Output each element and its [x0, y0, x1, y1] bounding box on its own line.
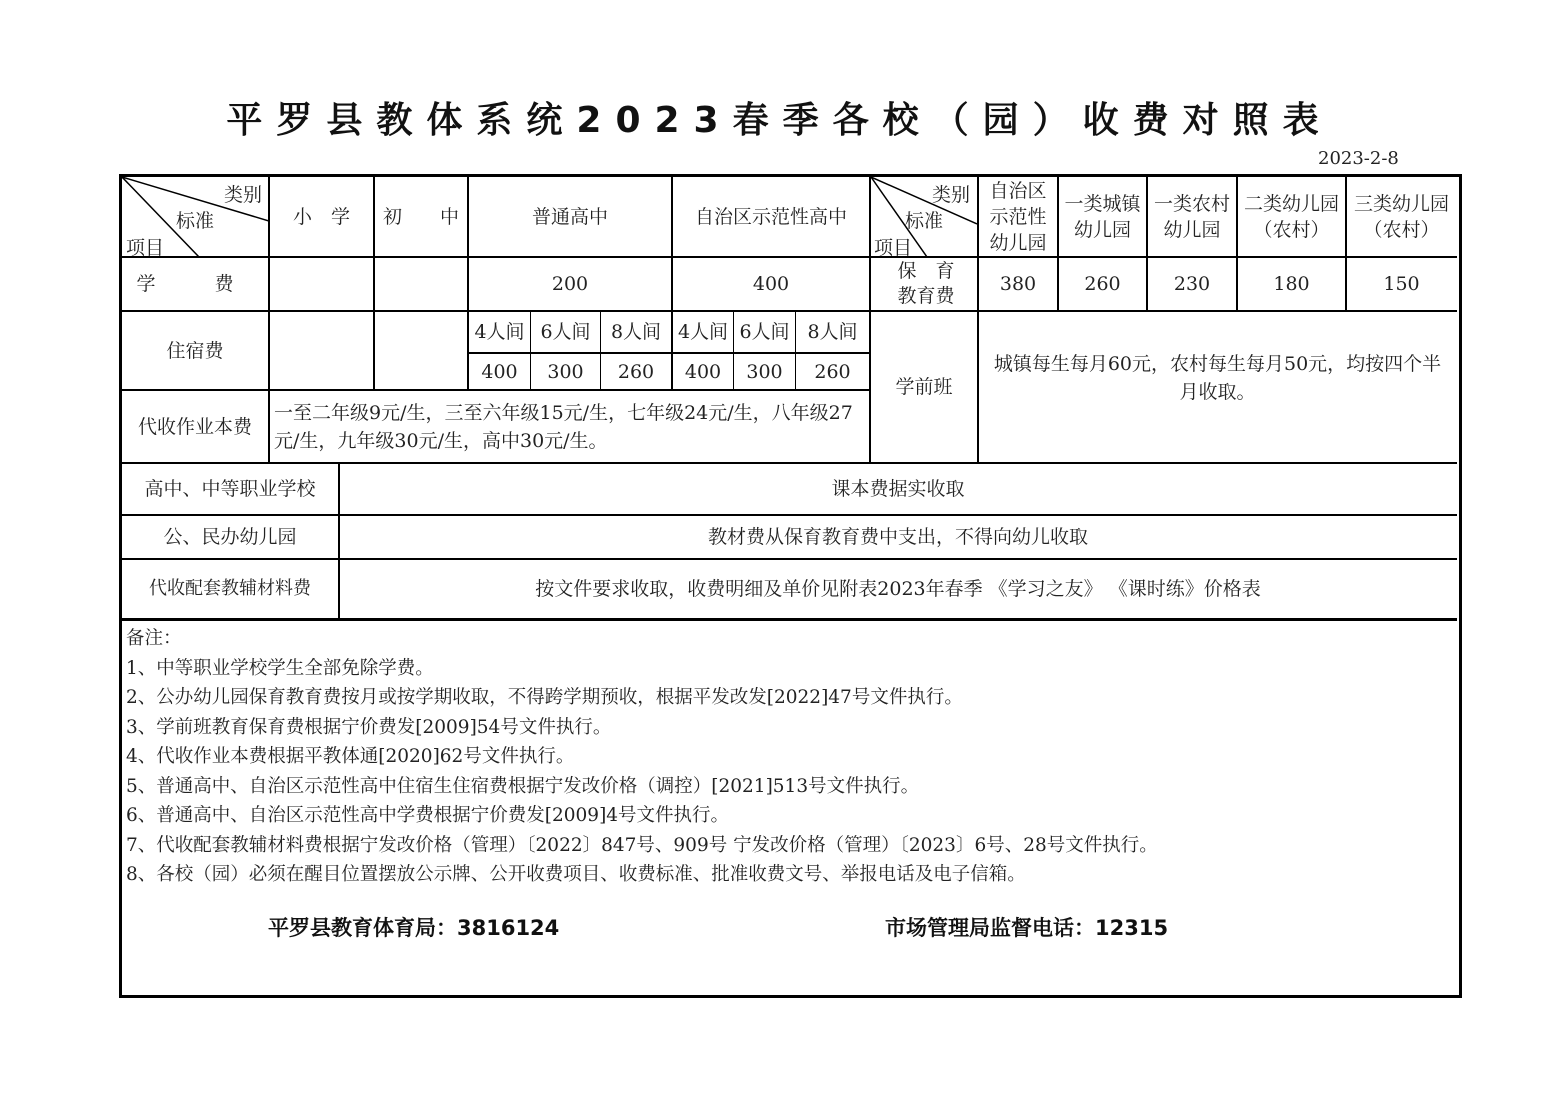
kg-fee-rural-1: 230 [1148, 258, 1236, 310]
row-label-textbook-high: 高中、中等职业学校 [122, 464, 338, 514]
col-header-kg-class-2: 二类幼儿园（农村） [1238, 177, 1345, 256]
tuition-junior [375, 258, 467, 310]
room-type: 6人间 [531, 312, 600, 352]
room-type: 4人间 [469, 312, 530, 352]
note-item: 7、代收配套教辅材料费根据宁发改价格（管理）〔2022〕847号、909号 宁发… [126, 831, 1158, 861]
preschool-fee-text: 城镇每生每月60元，农村每生每月50元，均按四个半月收取。 [979, 312, 1456, 462]
kg-fee-model: 380 [979, 258, 1057, 310]
row-label-supplementary: 代收配套教辅材料费 [122, 560, 338, 618]
diag-category-label: 类别 [224, 180, 262, 207]
col-header-junior: 初 中 [375, 177, 467, 256]
textbook-kg-text: 教材费从保育教育费中支出，不得向幼儿收取 [340, 516, 1456, 558]
room-fee: 260 [796, 354, 869, 389]
room-type: 4人间 [673, 312, 733, 352]
supplementary-text: 按文件要求收取，收费明细及单价见附表2023年春季 《学习之友》 《课时练》价格… [340, 560, 1456, 618]
row-label-tuition: 学 费 [122, 258, 268, 310]
diag-item-label: 项目 [126, 233, 164, 260]
kg-fee-label: 保 育 教育费 [886, 258, 966, 310]
kg-fee-class-2: 180 [1238, 258, 1345, 310]
col-header-kg-class-3: 三类幼儿园（农村） [1347, 177, 1456, 256]
grid-line [122, 618, 1457, 621]
note-item: 4、代收作业本费根据平教体通[2020]62号文件执行。 [126, 742, 1158, 772]
note-item: 2、公办幼儿园保育教育费按月或按学期收取，不得跨学期预收，根据平发改发[2022… [126, 683, 1158, 713]
col-header-kg-rural-1: 一类农村幼儿园 [1148, 177, 1236, 256]
diag-standard-label: 标准 [176, 206, 214, 233]
note-item: 8、各校（园）必须在醒目位置摆放公示牌、公开收费项目、收费标准、批准收费文号、举… [126, 860, 1158, 890]
tuition-primary [270, 258, 373, 310]
market-supervision-phone: 市场管理局监督电话：12315 [885, 912, 1168, 942]
diag-standard-label: 标准 [905, 206, 943, 233]
col-header-kg-model: 自治区示范性幼儿园 [984, 177, 1052, 256]
notes-section: 备注： 1、中等职业学校学生全部免除学费。 2、公办幼儿园保育教育费按月或按学期… [126, 624, 1158, 890]
page-title: 平罗县教体系统2023春季各校（园）收费对照表 [0, 92, 1559, 143]
kg-fee-class-3: 150 [1347, 258, 1456, 310]
textbook-high-text: 课本费据实收取 [340, 464, 1456, 514]
kg-fee-urban-1: 260 [1059, 258, 1146, 310]
education-bureau-phone: 平罗县教育体育局：3816124 [268, 912, 559, 942]
document-date: 2023-2-8 [1318, 148, 1399, 169]
col-header-high-school: 普通高中 [469, 177, 671, 256]
note-item: 3、学前班教育保育费根据宁价费发[2009]54号文件执行。 [126, 713, 1158, 743]
room-fee: 260 [601, 354, 671, 389]
room-fee: 300 [734, 354, 795, 389]
room-type: 8人间 [796, 312, 869, 352]
col-header-kg-urban-1: 一类城镇幼儿园 [1059, 177, 1146, 256]
diag-item-label: 项目 [874, 233, 912, 260]
row-label-workbook: 代收作业本费 [122, 391, 268, 462]
diag-category-label: 类别 [932, 180, 970, 207]
room-type: 8人间 [601, 312, 671, 352]
room-type: 6人间 [734, 312, 795, 352]
note-item: 6、普通高中、自治区示范性高中学费根据宁价费发[2009]4号文件执行。 [126, 801, 1158, 831]
note-item: 1、中等职业学校学生全部免除学费。 [126, 654, 1158, 684]
col-header-model-high-school: 自治区示范性高中 [673, 177, 869, 256]
notes-heading: 备注： [126, 624, 1158, 654]
row-label-boarding: 住宿费 [122, 312, 268, 389]
row-label-preschool: 学前班 [871, 312, 977, 462]
room-fee: 300 [531, 354, 600, 389]
room-fee: 400 [469, 354, 530, 389]
row-label-textbook-kg: 公、民办幼儿园 [122, 516, 338, 558]
room-fee: 400 [673, 354, 733, 389]
col-header-primary: 小 学 [270, 177, 373, 256]
note-item: 5、普通高中、自治区示范性高中住宿生住宿费根据宁发改价格（调控）[2021]51… [126, 772, 1158, 802]
tuition-high-school: 200 [469, 258, 671, 310]
workbook-fee-text: 一至二年级9元/生，三至六年级15元/生，七年级24元/生，八年级27元/生，九… [270, 391, 869, 462]
tuition-model-high-school: 400 [673, 258, 869, 310]
